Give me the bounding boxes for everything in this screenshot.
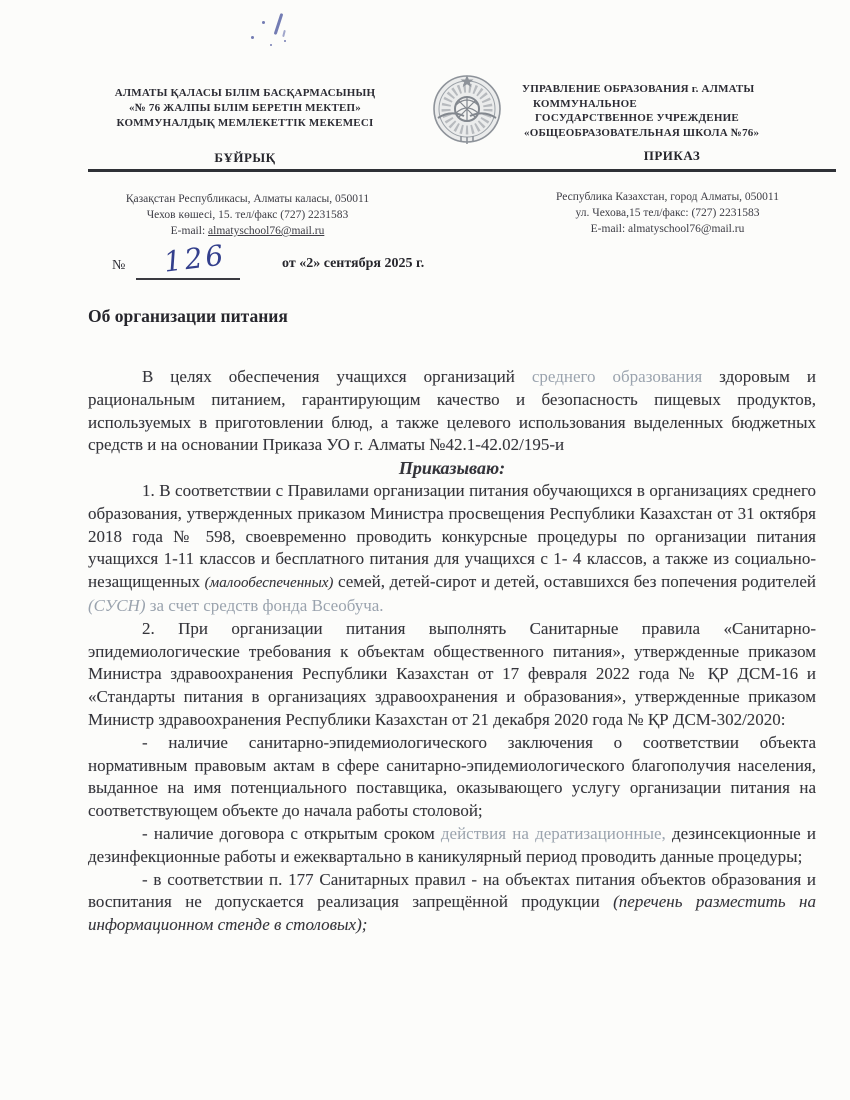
- address-line: ул. Чехова,15 тел/факс: (727) 2231583: [520, 205, 815, 221]
- kazakhstan-emblem-icon: [428, 70, 506, 148]
- bullet-forbidden-products: - в соответствии п. 177 Санитарных прави…: [88, 869, 816, 937]
- org-name-line: УПРАВЛЕНИЕ ОБРАЗОВАНИЯ г. АЛМАТЫ: [522, 82, 822, 97]
- order-date: от «2» сентября 2025 г.: [282, 256, 424, 272]
- org-name-line: «№ 76 ЖАЛПЫ БІЛІМ БЕРЕТІН МЕКТЕП»: [85, 101, 405, 116]
- address-kazakh: Қазақстан Республикасы, Алматы каласы, 0…: [90, 191, 405, 239]
- org-name-line: «ОБЩЕОБРАЗОВАТЕЛЬНАЯ ШКОЛА №76»: [522, 126, 822, 141]
- org-name-line: ГОСУДАРСТВЕННОЕ УЧРЕЖДЕНИЕ: [522, 111, 822, 126]
- org-name-russian: УПРАВЛЕНИЕ ОБРАЗОВАНИЯ г. АЛМАТЫКОММУНАЛ…: [522, 82, 822, 140]
- address-line: Чехов көшесі, 15. тел/факс (727) 2231583: [90, 207, 405, 223]
- org-name-kazakh: АЛМАТЫ ҚАЛАСЫ БІЛІМ БАСҚАРМАСЫНЫҢ«№ 76 Ж…: [85, 86, 405, 131]
- email-line: E-mail: almatyschool76@mail.ru: [520, 221, 815, 237]
- email-address: almatyschool76@mail.ru: [628, 223, 744, 235]
- item-2-paragraph: 2. При организации питания выполнять Сан…: [88, 618, 816, 732]
- org-name-line: АЛМАТЫ ҚАЛАСЫ БІЛІМ БАСҚАРМАСЫНЫҢ: [85, 86, 405, 101]
- scanned-order-document: АЛМАТЫ ҚАЛАСЫ БІЛІМ БАСҚАРМАСЫНЫҢ«№ 76 Ж…: [0, 0, 850, 1100]
- item-1-paragraph: 1. В соответствии с Правилами организаци…: [88, 480, 816, 618]
- email-address: almatyschool76@mail.ru: [208, 225, 324, 237]
- address-line: Республика Казахстан, город Алматы, 0500…: [520, 189, 815, 205]
- email-line: E-mail: almatyschool76@mail.ru: [90, 223, 405, 239]
- address-line: Қазақстан Республикасы, Алматы каласы, 0…: [90, 191, 405, 207]
- number-sign: №: [112, 258, 125, 274]
- header-divider: [88, 169, 836, 172]
- bullet-sanitary-conclusion: - наличие санитарно-эпидемиологического …: [88, 732, 816, 823]
- document-body: В целях обеспечения учащихся организаций…: [88, 366, 816, 937]
- email-label: E-mail:: [591, 223, 628, 235]
- number-underline: [136, 278, 240, 280]
- doc-type-kazakh: БҰЙРЫҚ: [85, 150, 405, 166]
- intro-paragraph: В целях обеспечения учащихся организаций…: [88, 366, 816, 457]
- handwritten-order-number: 126: [148, 237, 241, 281]
- org-name-line: КОММУНАЛЬНОЕ: [522, 97, 822, 112]
- doc-type-russian: ПРИКАЗ: [522, 148, 822, 164]
- document-title: Об организации питания: [88, 306, 288, 327]
- bullet-contract: - наличие договора с открытым сроком дей…: [88, 823, 816, 869]
- order-heading: Приказываю:: [88, 457, 816, 480]
- address-russian: Республика Казахстан, город Алматы, 0500…: [520, 189, 815, 237]
- email-label: E-mail:: [171, 225, 208, 237]
- org-name-line: КОММУНАЛДЫҚ МЕМЛЕКЕТТІК МЕКЕМЕСІ: [85, 116, 405, 131]
